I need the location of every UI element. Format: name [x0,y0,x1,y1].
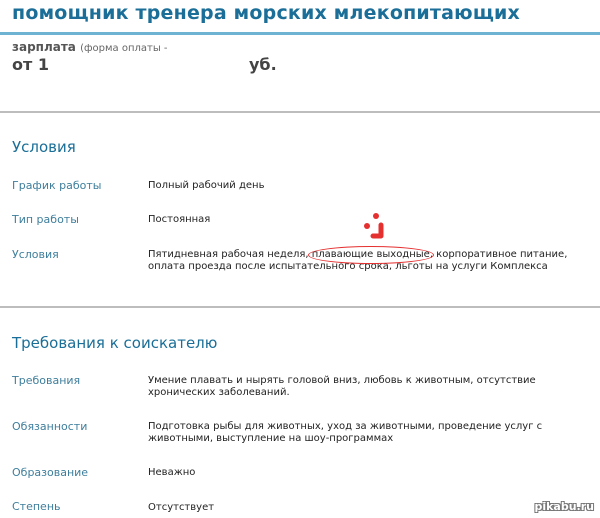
row-label-degree: Степень [12,500,61,513]
job-title: помощник тренера морских млекопитающих [12,2,520,24]
salary-label-text: зарплата [12,40,76,54]
conditions-text-before: Пятидневная рабочая неделя, [148,249,312,260]
highlighted-floating-days-off: плавающие выходные [312,249,430,261]
row-label-schedule: График работы [12,179,101,192]
row-label-requirements: Требования [12,374,80,387]
row-value-education: Неважно [148,467,593,479]
salary-value-suffix: уб. [249,55,277,74]
salary-value-prefix: от 1 [12,55,49,74]
row-label-duties: Обязанности [12,420,87,433]
row-value-duties: Подготовка рыбы для животных, уход за жи… [148,421,593,445]
row-label-education: Образование [12,466,88,479]
row-label-work-type: Тип работы [12,213,79,226]
smiley-face-icon [360,212,390,244]
title-divider [0,32,600,35]
row-value-schedule: Полный рабочий день [148,180,593,192]
row-value-conditions: Пятидневная рабочая неделя, плавающие вы… [148,249,593,273]
watermark: pikabu.ru [534,500,594,513]
section-divider [0,111,600,113]
section-divider [0,306,600,308]
row-value-degree: Отсутствует [148,502,593,514]
salary-label: зарплата (форма оплаты - [12,40,168,54]
salary-redacted [49,69,249,70]
row-value-requirements: Умение плавать и нырять головой вниз, лю… [148,375,593,399]
salary-value: от 1уб. [12,55,277,74]
salary-form-note: (форма оплаты - [80,43,167,54]
row-label-conditions: Условия [12,248,59,261]
conditions-title: Условия [12,138,76,156]
requirements-title: Требования к соискателю [12,334,217,352]
